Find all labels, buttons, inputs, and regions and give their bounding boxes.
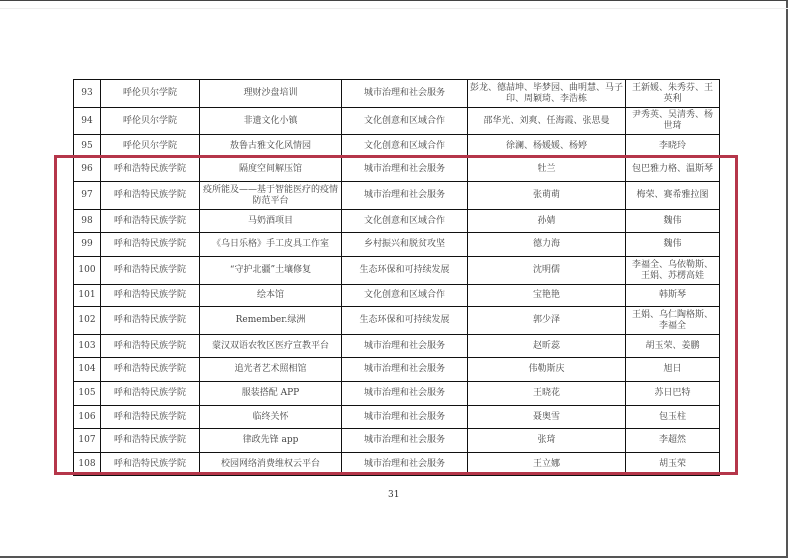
- project-cell: 非遗文化小镇: [200, 108, 342, 135]
- project-cell: 疫所能及——基于智能医疗的疫情防范平台: [200, 182, 342, 210]
- track-cell: 城市治理和社会服务: [342, 453, 468, 476]
- members-cell: 彭龙、德喆坤、毕梦园、曲明慧、马子印、周颖琦、李浩栋: [468, 80, 626, 108]
- viewer-top-rule: [0, 8, 788, 9]
- track-cell: 城市治理和社会服务: [342, 429, 468, 453]
- row-number: 106: [74, 406, 101, 429]
- row-number: 94: [74, 108, 101, 135]
- project-cell: 敖鲁古雅文化风情园: [200, 135, 342, 158]
- track-cell: 生态环保和可持续发展: [342, 257, 468, 285]
- school-cell: 呼伦贝尔学院: [101, 135, 200, 158]
- project-cell: 马奶酒项目: [200, 210, 342, 233]
- mentors-cell: 包巴雅力格、温斯琴: [626, 158, 720, 182]
- members-cell: 徐澜、杨媛媛、杨婷: [468, 135, 626, 158]
- members-cell: 王晓花: [468, 382, 626, 406]
- members-cell: 沈明儒: [468, 257, 626, 285]
- members-cell: 聂奥雪: [468, 406, 626, 429]
- row-number: 102: [74, 307, 101, 335]
- school-cell: 呼和浩特民族学院: [101, 182, 200, 210]
- members-cell: 伟勒斯庆: [468, 358, 626, 382]
- mentors-cell: 旭日: [626, 358, 720, 382]
- school-cell: 呼和浩特民族学院: [101, 382, 200, 406]
- table-row: 97呼和浩特民族学院疫所能及——基于智能医疗的疫情防范平台城市治理和社会服务张萌…: [74, 182, 720, 210]
- members-cell: 赵昕蕊: [468, 335, 626, 358]
- school-cell: 呼伦贝尔学院: [101, 80, 200, 108]
- mentors-cell: 胡玉荣: [626, 453, 720, 476]
- mentors-cell: 李超然: [626, 429, 720, 453]
- project-cell: 《乌日乐格》手工皮具工作室: [200, 233, 342, 257]
- row-number: 100: [74, 257, 101, 285]
- table-row: 95呼伦贝尔学院敖鲁古雅文化风情园文化创意和区域合作徐澜、杨媛媛、杨婷李晓玲: [74, 135, 720, 158]
- table-row: 93呼伦贝尔学院理财沙盘培训城市治理和社会服务彭龙、德喆坤、毕梦园、曲明慧、马子…: [74, 80, 720, 108]
- project-cell: 律政先锋 app: [200, 429, 342, 453]
- row-number: 108: [74, 453, 101, 476]
- table-row: 108呼和浩特民族学院校园网络消费维权云平台城市治理和社会服务王立娜胡玉荣: [74, 453, 720, 476]
- track-cell: 文化创意和区域合作: [342, 285, 468, 307]
- track-cell: 生态环保和可持续发展: [342, 307, 468, 335]
- project-cell: 蒙汉双语农牧区医疗宣教平台: [200, 335, 342, 358]
- row-number: 103: [74, 335, 101, 358]
- track-cell: 乡村振兴和脱贫攻坚: [342, 233, 468, 257]
- school-cell: 呼和浩特民族学院: [101, 335, 200, 358]
- row-number: 101: [74, 285, 101, 307]
- mentors-cell: 王新媛、朱秀芬、王英利: [626, 80, 720, 108]
- row-number: 95: [74, 135, 101, 158]
- mentors-cell: 韩斯琴: [626, 285, 720, 307]
- school-cell: 呼和浩特民族学院: [101, 210, 200, 233]
- mentors-cell: 苏日巴特: [626, 382, 720, 406]
- track-cell: 文化创意和区域合作: [342, 210, 468, 233]
- project-cell: 校园网络消费维权云平台: [200, 453, 342, 476]
- members-cell: 宝艳艳: [468, 285, 626, 307]
- project-cell: Remember.绿洲: [200, 307, 342, 335]
- school-cell: 呼和浩特民族学院: [101, 307, 200, 335]
- project-cell: 绘本馆: [200, 285, 342, 307]
- track-cell: 城市治理和社会服务: [342, 406, 468, 429]
- school-cell: 呼和浩特民族学院: [101, 429, 200, 453]
- track-cell: 城市治理和社会服务: [342, 335, 468, 358]
- track-cell: 城市治理和社会服务: [342, 358, 468, 382]
- project-cell: 理财沙盘培训: [200, 80, 342, 108]
- track-cell: 城市治理和社会服务: [342, 382, 468, 406]
- project-cell: 服装搭配 APP: [200, 382, 342, 406]
- row-number: 105: [74, 382, 101, 406]
- members-cell: 王立娜: [468, 453, 626, 476]
- table-row: 102呼和浩特民族学院Remember.绿洲生态环保和可持续发展郭少泽王娟、乌仁…: [74, 307, 720, 335]
- track-cell: 文化创意和区域合作: [342, 135, 468, 158]
- table-row: 96呼和浩特民族学院隔度空间解压馆城市治理和社会服务牡兰包巴雅力格、温斯琴: [74, 158, 720, 182]
- school-cell: 呼和浩特民族学院: [101, 358, 200, 382]
- row-number: 93: [74, 80, 101, 108]
- mentors-cell: 梅荣、赛希雅拉图: [626, 182, 720, 210]
- row-number: 107: [74, 429, 101, 453]
- mentors-cell: 魏伟: [626, 210, 720, 233]
- members-cell: 牡兰: [468, 158, 626, 182]
- mentors-cell: 魏伟: [626, 233, 720, 257]
- table-row: 99呼和浩特民族学院《乌日乐格》手工皮具工作室乡村振兴和脱贫攻坚德力海魏伟: [74, 233, 720, 257]
- table-row: 105呼和浩特民族学院服装搭配 APP城市治理和社会服务王晓花苏日巴特: [74, 382, 720, 406]
- members-cell: 张萌萌: [468, 182, 626, 210]
- table-row: 106呼和浩特民族学院临终关怀城市治理和社会服务聂奥雪包玉柱: [74, 406, 720, 429]
- school-cell: 呼和浩特民族学院: [101, 285, 200, 307]
- table-row: 103呼和浩特民族学院蒙汉双语农牧区医疗宣教平台城市治理和社会服务赵昕蕊胡玉荣、…: [74, 335, 720, 358]
- mentors-cell: 李晓玲: [626, 135, 720, 158]
- row-number: 97: [74, 182, 101, 210]
- table-row: 104呼和浩特民族学院追光者艺术照相馆城市治理和社会服务伟勒斯庆旭日: [74, 358, 720, 382]
- members-cell: 德力海: [468, 233, 626, 257]
- members-cell: 张琦: [468, 429, 626, 453]
- track-cell: 城市治理和社会服务: [342, 182, 468, 210]
- project-cell: 隔度空间解压馆: [200, 158, 342, 182]
- school-cell: 呼和浩特民族学院: [101, 406, 200, 429]
- table-row: 107呼和浩特民族学院律政先锋 app城市治理和社会服务张琦李超然: [74, 429, 720, 453]
- row-number: 98: [74, 210, 101, 233]
- table-body: 93呼伦贝尔学院理财沙盘培训城市治理和社会服务彭龙、德喆坤、毕梦园、曲明慧、马子…: [74, 80, 720, 476]
- row-number: 99: [74, 233, 101, 257]
- table-row: 98呼和浩特民族学院马奶酒项目文化创意和区域合作孙婧魏伟: [74, 210, 720, 233]
- project-cell: 临终关怀: [200, 406, 342, 429]
- track-cell: 城市治理和社会服务: [342, 80, 468, 108]
- track-cell: 城市治理和社会服务: [342, 158, 468, 182]
- project-cell: “守护北疆”土壤修复: [200, 257, 342, 285]
- mentors-cell: 胡玉荣、姜鹏: [626, 335, 720, 358]
- table-row: 94呼伦贝尔学院非遗文化小镇文化创意和区域合作邵华光、刘爽、任海霞、张思曼尹秀英…: [74, 108, 720, 135]
- mentors-cell: 包玉柱: [626, 406, 720, 429]
- table-row: 101呼和浩特民族学院绘本馆文化创意和区域合作宝艳艳韩斯琴: [74, 285, 720, 307]
- mentors-cell: 尹秀英、吴清秀、杨世琦: [626, 108, 720, 135]
- row-number: 96: [74, 158, 101, 182]
- members-cell: 郭少泽: [468, 307, 626, 335]
- mentors-cell: 王娟、乌仁陶格斯、李福全: [626, 307, 720, 335]
- school-cell: 呼和浩特民族学院: [101, 158, 200, 182]
- school-cell: 呼和浩特民族学院: [101, 257, 200, 285]
- track-cell: 文化创意和区域合作: [342, 108, 468, 135]
- school-cell: 呼和浩特民族学院: [101, 233, 200, 257]
- mentors-cell: 李福全、乌依勒斯、王娟、苏楞高娃: [626, 257, 720, 285]
- table-row: 100呼和浩特民族学院“守护北疆”土壤修复生态环保和可持续发展沈明儒李福全、乌依…: [74, 257, 720, 285]
- project-cell: 追光者艺术照相馆: [200, 358, 342, 382]
- row-number: 104: [74, 358, 101, 382]
- school-cell: 呼和浩特民族学院: [101, 453, 200, 476]
- project-table: 93呼伦贝尔学院理财沙盘培训城市治理和社会服务彭龙、德喆坤、毕梦园、曲明慧、马子…: [73, 79, 720, 476]
- school-cell: 呼伦贝尔学院: [101, 108, 200, 135]
- members-cell: 邵华光、刘爽、任海霞、张思曼: [468, 108, 626, 135]
- members-cell: 孙婧: [468, 210, 626, 233]
- page-number: 31: [388, 490, 399, 500]
